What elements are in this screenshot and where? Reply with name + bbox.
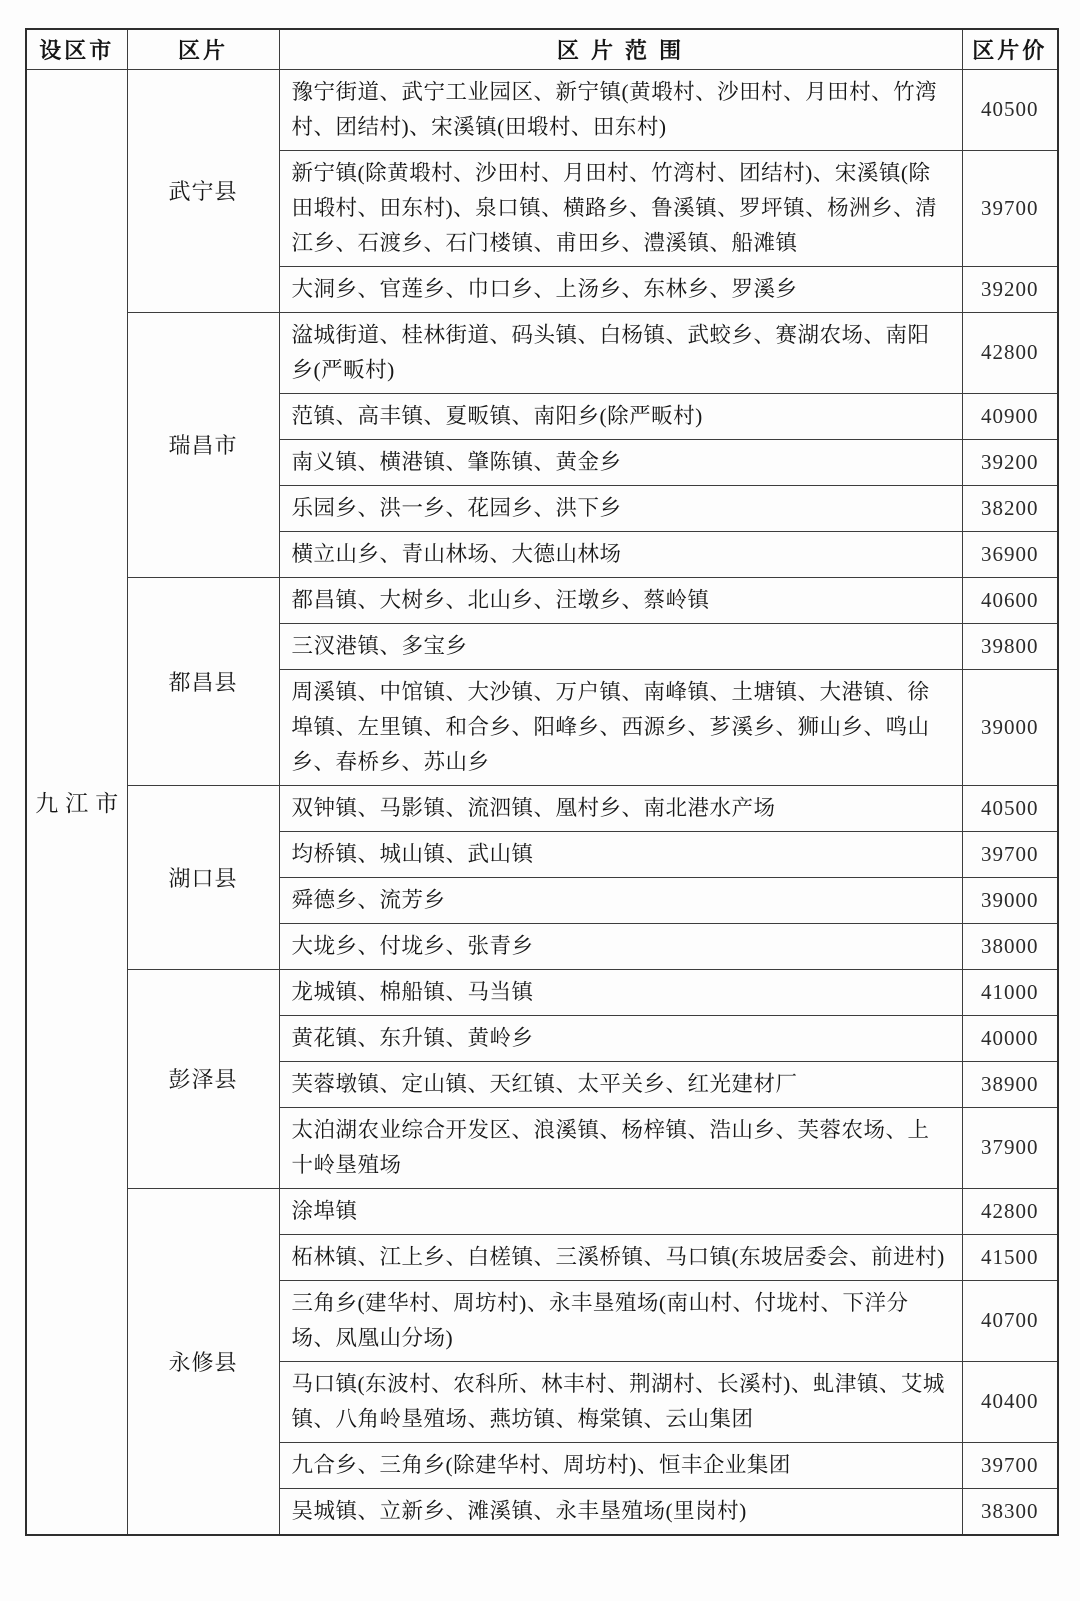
range-cell: 舜德乡、流芳乡 <box>279 877 962 923</box>
range-cell: 龙城镇、棉船镇、马当镇 <box>279 969 962 1015</box>
price-cell: 36900 <box>962 531 1058 577</box>
price-cell: 41500 <box>962 1234 1058 1280</box>
table-body: 九江市武宁县豫宁街道、武宁工业园区、新宁镇(黄塅村、沙田村、月田村、竹湾村、团结… <box>26 69 1058 1535</box>
range-cell: 三汊港镇、多宝乡 <box>279 623 962 669</box>
range-cell: 大洞乡、官莲乡、巾口乡、上汤乡、东林乡、罗溪乡 <box>279 266 962 312</box>
table-row: 瑞昌市湓城街道、桂林街道、码头镇、白杨镇、武蛟乡、赛湖农场、南阳乡(严畈村)42… <box>26 312 1058 393</box>
price-cell: 39800 <box>962 623 1058 669</box>
price-cell: 39700 <box>962 1442 1058 1488</box>
price-cell: 40900 <box>962 393 1058 439</box>
range-cell: 三角乡(建华村、周坊村)、永丰垦殖场(南山村、付垅村、下洋分场、凤凰山分场) <box>279 1280 962 1361</box>
price-cell: 40500 <box>962 69 1058 150</box>
district-cell: 武宁县 <box>127 69 279 312</box>
price-cell: 38300 <box>962 1488 1058 1535</box>
range-cell: 湓城街道、桂林街道、码头镇、白杨镇、武蛟乡、赛湖农场、南阳乡(严畈村) <box>279 312 962 393</box>
range-cell: 双钟镇、马影镇、流泗镇、凰村乡、南北港水产场 <box>279 785 962 831</box>
range-cell: 横立山乡、青山林场、大德山林场 <box>279 531 962 577</box>
header-range: 区 片 范 围 <box>279 29 962 69</box>
table-header: 设区市 区片 区 片 范 围 区片价 <box>26 29 1058 69</box>
range-cell: 豫宁街道、武宁工业园区、新宁镇(黄塅村、沙田村、月田村、竹湾村、团结村)、宋溪镇… <box>279 69 962 150</box>
table-row: 湖口县双钟镇、马影镇、流泗镇、凰村乡、南北港水产场40500 <box>26 785 1058 831</box>
price-cell: 41000 <box>962 969 1058 1015</box>
header-price: 区片价 <box>962 29 1058 69</box>
price-cell: 37900 <box>962 1107 1058 1188</box>
district-cell: 永修县 <box>127 1188 279 1535</box>
price-cell: 38900 <box>962 1061 1058 1107</box>
range-cell: 均桥镇、城山镇、武山镇 <box>279 831 962 877</box>
district-cell: 湖口县 <box>127 785 279 969</box>
header-district: 区片 <box>127 29 279 69</box>
header-row: 设区市 区片 区 片 范 围 区片价 <box>26 29 1058 69</box>
range-cell: 新宁镇(除黄塅村、沙田村、月田村、竹湾村、团结村)、宋溪镇(除田塅村、田东村)、… <box>279 150 962 266</box>
range-cell: 大垅乡、付垅乡、张青乡 <box>279 923 962 969</box>
price-cell: 40400 <box>962 1361 1058 1442</box>
price-cell: 38000 <box>962 923 1058 969</box>
district-cell: 瑞昌市 <box>127 312 279 577</box>
price-cell: 42800 <box>962 1188 1058 1234</box>
price-cell: 40500 <box>962 785 1058 831</box>
range-cell: 涂埠镇 <box>279 1188 962 1234</box>
range-cell: 都昌镇、大树乡、北山乡、汪墩乡、蔡岭镇 <box>279 577 962 623</box>
price-cell: 39200 <box>962 439 1058 485</box>
range-cell: 芙蓉墩镇、定山镇、天红镇、太平关乡、红光建材厂 <box>279 1061 962 1107</box>
range-cell: 柘林镇、江上乡、白槎镇、三溪桥镇、马口镇(东坡居委会、前进村) <box>279 1234 962 1280</box>
price-cell: 39700 <box>962 150 1058 266</box>
district-cell: 彭泽县 <box>127 969 279 1188</box>
price-cell: 39700 <box>962 831 1058 877</box>
table-row: 永修县涂埠镇42800 <box>26 1188 1058 1234</box>
range-cell: 马口镇(东波村、农科所、林丰村、荆湖村、长溪村)、虬津镇、艾城镇、八角岭垦殖场、… <box>279 1361 962 1442</box>
range-cell: 周溪镇、中馆镇、大沙镇、万户镇、南峰镇、土塘镇、大港镇、徐埠镇、左里镇、和合乡、… <box>279 669 962 785</box>
range-cell: 范镇、高丰镇、夏畈镇、南阳乡(除严畈村) <box>279 393 962 439</box>
price-cell: 39000 <box>962 669 1058 785</box>
land-price-table: 设区市 区片 区 片 范 围 区片价 九江市武宁县豫宁街道、武宁工业园区、新宁镇… <box>25 28 1059 1536</box>
header-city: 设区市 <box>26 29 127 69</box>
range-cell: 吴城镇、立新乡、滩溪镇、永丰垦殖场(里岗村) <box>279 1488 962 1535</box>
range-cell: 南义镇、横港镇、肇陈镇、黄金乡 <box>279 439 962 485</box>
range-cell: 乐园乡、洪一乡、花园乡、洪下乡 <box>279 485 962 531</box>
price-cell: 40600 <box>962 577 1058 623</box>
district-cell: 都昌县 <box>127 577 279 785</box>
price-cell: 42800 <box>962 312 1058 393</box>
price-cell: 38200 <box>962 485 1058 531</box>
price-cell: 39200 <box>962 266 1058 312</box>
price-cell: 40700 <box>962 1280 1058 1361</box>
price-cell: 39000 <box>962 877 1058 923</box>
table-row: 九江市武宁县豫宁街道、武宁工业园区、新宁镇(黄塅村、沙田村、月田村、竹湾村、团结… <box>26 69 1058 150</box>
table-row: 彭泽县龙城镇、棉船镇、马当镇41000 <box>26 969 1058 1015</box>
range-cell: 黄花镇、东升镇、黄岭乡 <box>279 1015 962 1061</box>
range-cell: 太泊湖农业综合开发区、浪溪镇、杨梓镇、浩山乡、芙蓉农场、上十岭垦殖场 <box>279 1107 962 1188</box>
city-cell: 九江市 <box>26 69 127 1535</box>
range-cell: 九合乡、三角乡(除建华村、周坊村)、恒丰企业集团 <box>279 1442 962 1488</box>
price-cell: 40000 <box>962 1015 1058 1061</box>
table-row: 都昌县都昌镇、大树乡、北山乡、汪墩乡、蔡岭镇40600 <box>26 577 1058 623</box>
